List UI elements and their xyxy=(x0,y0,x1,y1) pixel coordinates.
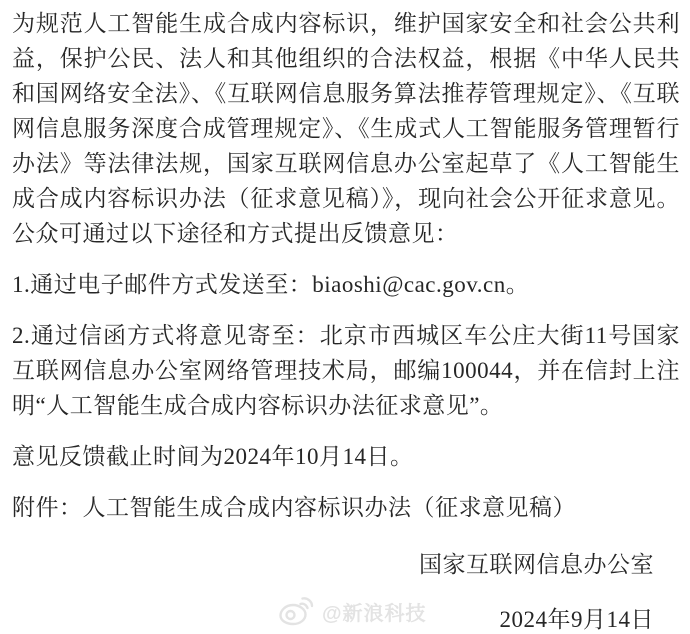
paragraph-feedback-mail: 2.通过信函方式将意见寄至：北京市西城区车公庄大街11号国家互联网信息办公室网络… xyxy=(12,318,680,423)
paragraph-feedback-email: 1.通过电子邮件方式发送至：biaoshi@cac.gov.cn。 xyxy=(12,267,680,302)
weibo-icon xyxy=(278,596,314,626)
paragraph-attachment: 附件：人工智能生成合成内容标识办法（征求意见稿） xyxy=(12,490,680,525)
announcement-page: 为规范人工智能生成合成内容标识，维护国家安全和社会公共利益，保护公民、法人和其他… xyxy=(0,0,690,634)
paragraph-intro: 为规范人工智能生成合成内容标识，维护国家安全和社会公共利益，保护公民、法人和其他… xyxy=(12,6,680,251)
announcement-body: 为规范人工智能生成合成内容标识，维护国家安全和社会公共利益，保护公民、法人和其他… xyxy=(0,0,690,634)
paragraph-deadline: 意见反馈截止时间为2024年10月14日。 xyxy=(12,439,680,474)
weibo-watermark: @新浪科技 xyxy=(278,596,427,626)
watermark-text: @新浪科技 xyxy=(322,597,427,626)
signature-organization: 国家互联网信息办公室 xyxy=(12,547,680,582)
